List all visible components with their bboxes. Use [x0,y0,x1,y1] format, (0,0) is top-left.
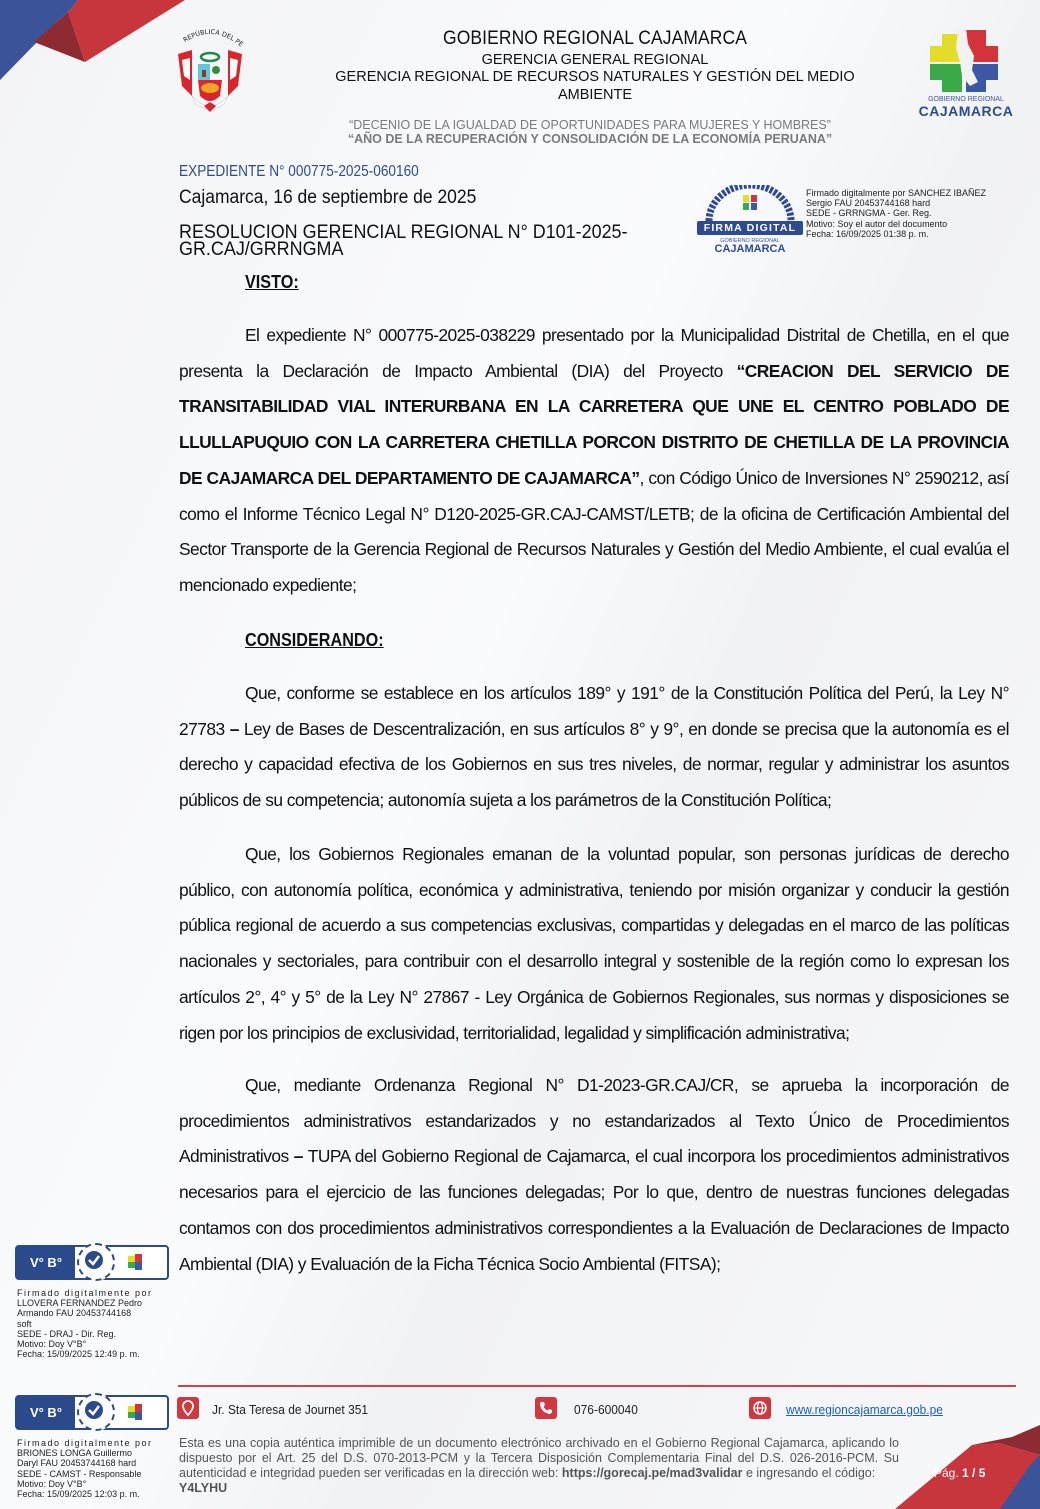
logo-small-text: GOBIERNO REGIONAL [914,96,1018,103]
footer-website-link[interactable]: www.regioncajamarca.gob.pe [786,1402,943,1417]
page-prefix: Pág. [934,1466,962,1480]
motto-decenio: “DECENIO DE LA IGUALDAD DE OPORTUNIDADES… [290,118,890,132]
vb-line: Daryl FAU 20453744168 hard [17,1458,167,1468]
bottom-right-ribbon-decoration [880,1415,1040,1509]
vb-label: V° B° [17,1397,75,1428]
dash: – [294,1146,303,1166]
vb-line: Fecha: 15/09/2025 12:49 p. m. [17,1349,167,1359]
page-value: 1 / 5 [962,1466,985,1480]
considerando-paragraph-2: Que, los Gobiernos Regionales emanan de … [179,837,1009,1051]
cajamarca-mini-logo-icon [125,1252,145,1277]
gobierno-regional-cajamarca-logo-icon: GOBIERNO REGIONAL CAJAMARCA [914,26,1018,118]
top-left-ribbon-decoration [0,0,200,90]
firma-digital-badge: FIRMA DIGITAL GOBIERNO REGIONAL CAJAMARC… [697,185,803,257]
signature-line: SEDE - GRRNGMA - Ger. Reg. [806,208,1031,218]
vb-line: SEDE - DRAJ - Dir. Reg. [17,1329,167,1339]
paragraph-text: TUPA del Gobierno Regional de Cajamarca,… [179,1146,1009,1273]
signature-line: Sergio FAU 20453744168 hard [806,198,1031,208]
signature-line: Fecha: 16/09/2025 01:38 p. m. [806,229,1031,239]
document-date: Cajamarca, 16 de septiembre de 2025 [179,187,476,209]
vb-line: Fecha: 15/09/2025 12:03 p. m. [17,1489,167,1499]
signature-line: Firmado digitalmente por SANCHEZ IBAÑEZ [806,188,1031,198]
vb-stamp-2-details: Firmado digitalmente por BRIONES LONGA G… [17,1438,167,1499]
legal-notice: Esta es una copia auténtica imprimible d… [179,1436,899,1496]
considerando-heading: CONSIDERANDO: [245,630,384,651]
signature-line: Motivo: Soy el autor del documento [806,219,1031,229]
cajamarca-mini-logo-icon [125,1402,145,1427]
vb-line: Firmado digitalmente por [17,1288,167,1298]
considerando-paragraph-3: Que, mediante Ordenanza Regional N° D1-2… [179,1068,1009,1282]
vb-line: Armando FAU 20453744168 [17,1308,167,1318]
motto-year: “AÑO DE LA RECUPERACIÓN Y CONSOLIDACIÓN … [290,132,890,146]
resolution-title: RESOLUCION GERENCIAL REGIONAL N° D101-20… [179,224,657,258]
vb-line: Motivo: Doy V°B° [17,1339,167,1349]
vb-stamp-1: V° B° [15,1245,169,1280]
expediente-number: EXPEDIENTE N° 000775-2025-060160 [179,163,419,181]
vb-stamp-1-details: Firmado digitalmente por LLOVERA FERNAND… [17,1288,167,1359]
visto-heading: VISTO: [245,272,299,293]
paragraph-text: Que, los Gobiernos Regionales emanan de … [179,837,1009,1051]
header-subtitle-gerencia: GERENCIA REGIONAL DE RECURSOS NATURALES … [330,69,860,85]
peru-coat-of-arms-icon: REPÚBLICA DEL PERÚ [172,24,248,116]
footer-divider [178,1385,1016,1387]
vb-line: BRIONES LONGA Guillermo [17,1448,167,1458]
resolution-title-line2: GR.CAJ/GRRNGMA [179,241,657,258]
vb-line: soft [17,1319,167,1329]
main-signature-details: Firmado digitalmente por SANCHEZ IBAÑEZ … [806,188,1031,239]
logo-big-text: CAJAMARCA [914,103,1018,119]
globe-icon [749,1397,771,1419]
phone-icon [535,1397,557,1419]
footer-address: Jr. Sta Teresa de Journet 351 [212,1402,368,1417]
header-subtitle-general: GERENCIA GENERAL REGIONAL [330,52,860,68]
vb-line: Motivo: Doy V°B° [17,1479,167,1489]
considerando-paragraph-1: Que, conforme se establece en los artícu… [179,676,1009,819]
location-pin-icon [177,1397,199,1419]
check-seal-icon [77,1243,115,1281]
validation-code: Y4LYHU [179,1481,227,1495]
firma-digital-label: FIRMA DIGITAL [697,222,803,234]
vb-stamp-2: V° B° [15,1395,169,1430]
footer-phone: 076-600040 [574,1402,638,1417]
header-title: GOBIERNO REGIONAL CAJAMARCA [351,28,839,50]
vb-line: Firmado digitalmente por [17,1438,167,1448]
firma-badge-big: CAJAMARCA [697,243,803,255]
paragraph-text: Ley de Bases de Descentralización, en su… [179,719,1009,810]
vb-label: V° B° [17,1247,75,1278]
vb-line: LLOVERA FERNANDEZ Pedro [17,1298,167,1308]
validation-url: https://gorecaj.pe/mad3validar [562,1466,743,1480]
header-subtitle-ambiente: AMBIENTE [330,87,860,103]
legal-text: e ingresando el código: [743,1466,876,1480]
visto-paragraph: El expediente N° 000775-2025-038229 pres… [179,318,1009,604]
svg-text:REPÚBLICA DEL PERÚ: REPÚBLICA DEL PERÚ [172,24,245,48]
check-seal-icon [77,1393,115,1431]
page-number: Pág. 1 / 5 [934,1466,985,1480]
dash: – [230,719,239,739]
vb-line: SEDE - CAMST - Responsable [17,1469,167,1479]
